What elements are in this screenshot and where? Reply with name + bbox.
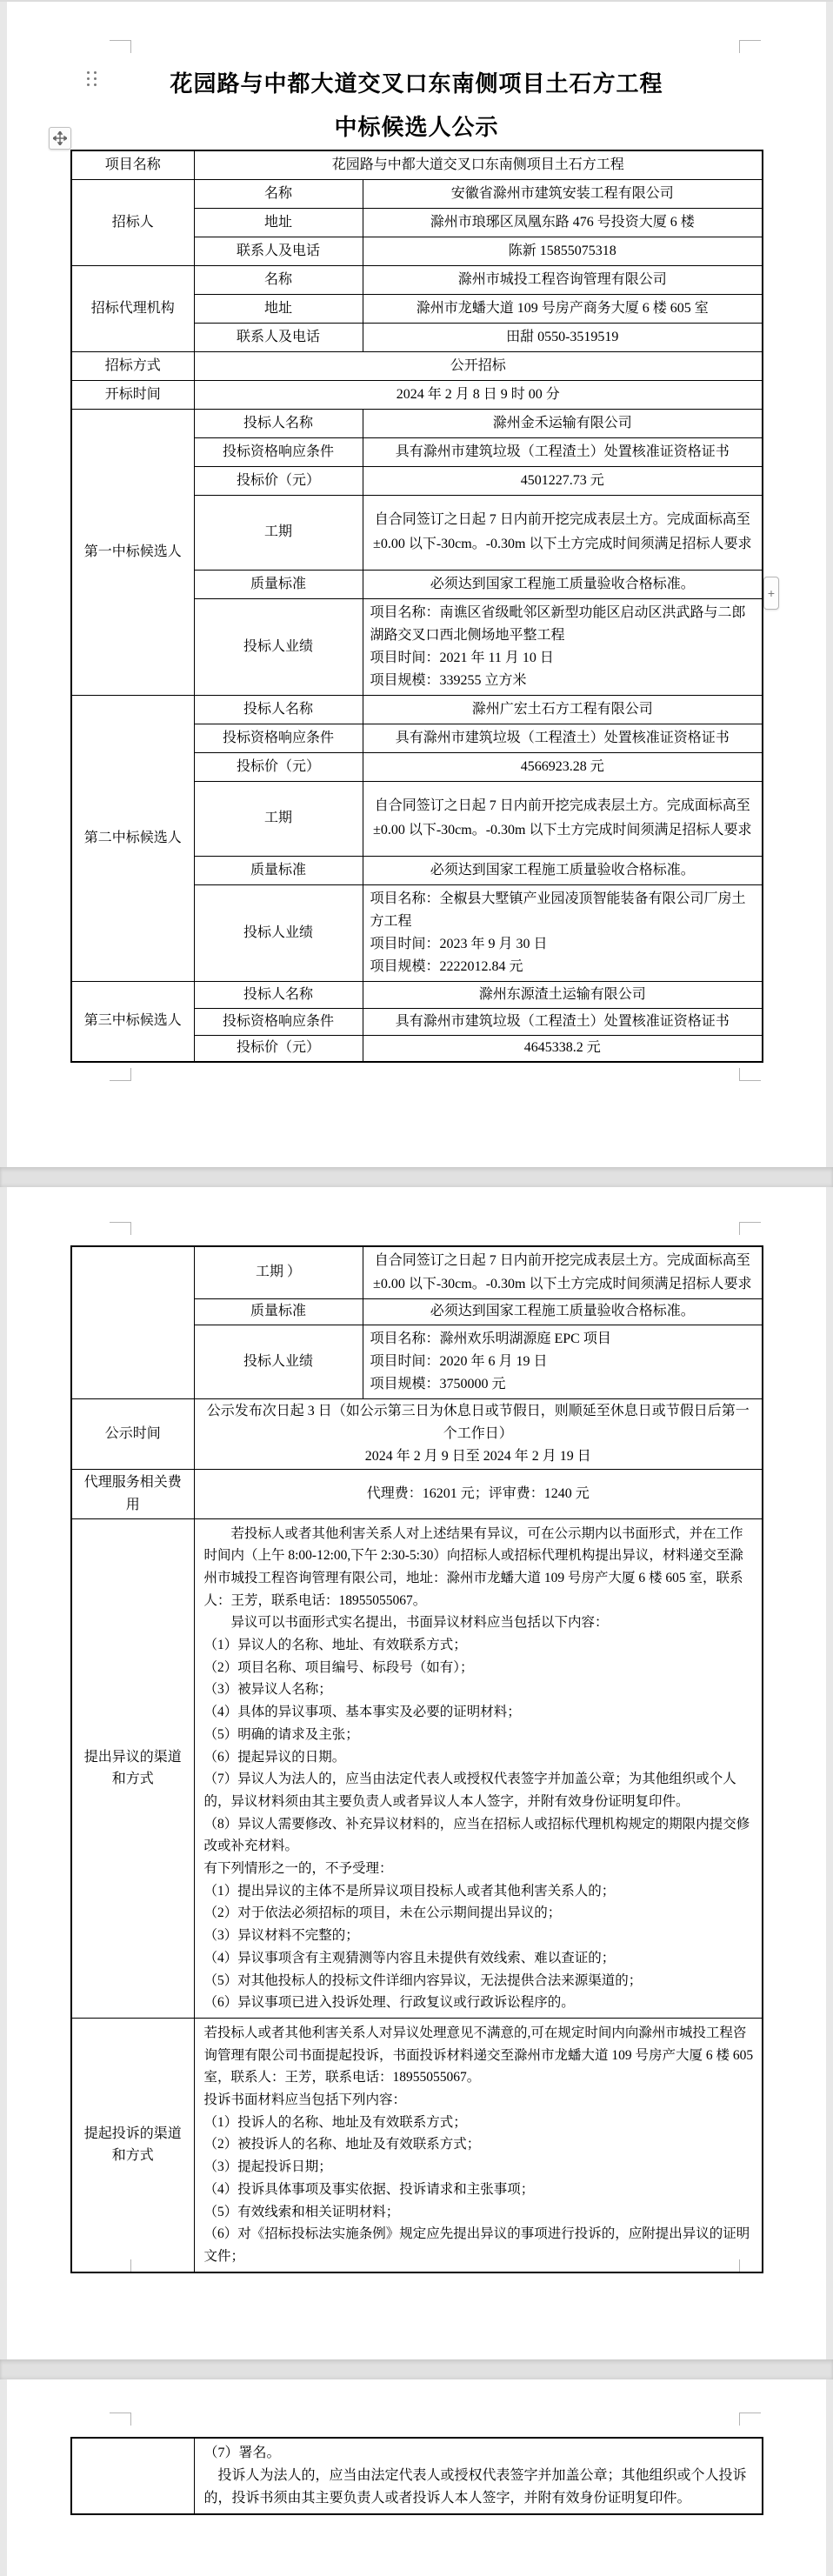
- table-row: 工期 ） 自合同签订之日起 7 日内前开挖完成表层土方。完成面标高至±0.00 …: [71, 1246, 763, 1298]
- candidate3-label: 第三中标候选人: [71, 981, 194, 1062]
- text-line: （8）异议人需要修改、补充异议材料的，应当在招标人或招标代理机构规定的期限内提交…: [204, 1813, 756, 1858]
- text-line: （3）被异议人名称；: [204, 1678, 756, 1701]
- text-line: （1）异议人的名称、地址、有效联系方式；: [204, 1634, 756, 1657]
- margin-mark-icon: [110, 40, 131, 53]
- text-line: 若投标人或者其他利害关系人对异议处理意见不满意的,可在规定时间内向滁州市城投工程…: [204, 2022, 756, 2089]
- text-line: （1）提出异议的主体不是所异议项目投标人或者其他利害关系人的；: [204, 1880, 756, 1903]
- candidate2-qualification-label: 投标资格响应条件: [194, 724, 363, 752]
- candidate1-name-value: 滁州金禾运输有限公司: [363, 409, 763, 437]
- bid-result-table-page2: 工期 ） 自合同签订之日起 7 日内前开挖完成表层土方。完成面标高至±0.00 …: [70, 1245, 763, 2273]
- tenderer-address-label: 地址: [194, 208, 363, 237]
- candidate3-performance-label: 投标人业绩: [194, 1325, 363, 1398]
- text-line: （2）对于依法必须招标的项目，未在公示期间提出异议的；: [204, 1902, 756, 1925]
- candidate2-price-label: 投标价（元）: [194, 752, 363, 781]
- text-line: （3）异议材料不完整的；: [204, 1925, 756, 1947]
- agency-contact-label: 联系人及电话: [194, 323, 363, 351]
- text-line: 项目规模：3750000 元: [370, 1373, 757, 1396]
- page-gap: [0, 2359, 833, 2379]
- margin-mark-icon: [110, 2412, 131, 2426]
- candidate1-quality-value: 必须达到国家工程施工质量验收合格标准。: [363, 570, 763, 598]
- candidate2-qualification-value: 具有滁州市建筑垃圾（工程渣土）处置核准证资格证书: [363, 724, 763, 752]
- table-row: 第三中标候选人 投标人名称 滁州东源渣土运输有限公司: [71, 981, 763, 1008]
- publicity-time-label: 公示时间: [71, 1398, 194, 1469]
- text-line: （6）异议事项已进入投诉处理、行政复议或行政诉讼程序的。: [204, 1992, 756, 2014]
- table-row: 公示时间 公示发布次日起 3 日（如公示第三日为休息日或节假日，则顺延至休息日或…: [71, 1398, 763, 1469]
- candidate3-performance-value: 项目名称：滁州欢乐明湖源庭 EPC 项目项目时间：2020 年 6 月 19 日…: [363, 1325, 763, 1398]
- bid-opening-time-value: 2024 年 2 月 8 日 9 时 00 分: [194, 380, 763, 409]
- text-line: （4）异议事项含有主观猜测等内容且未提供有效线索、难以查证的；: [204, 1947, 756, 1970]
- candidate2-duration-value: 自合同签订之日起 7 日内前开挖完成表层土方。完成面标高至±0.00 以下-30…: [363, 781, 763, 856]
- text-line: 项目时间：2020 年 6 月 19 日: [370, 1351, 757, 1373]
- text-line: 投诉书面材料应当包括下列内容：: [204, 2089, 756, 2112]
- margin-mark-icon: [110, 1222, 131, 1235]
- candidate3-quality-label: 质量标准: [194, 1298, 363, 1325]
- table-row: 代理服务相关费用 代理费：16201 元；评审费：1240 元: [71, 1469, 763, 1518]
- candidate1-performance-label: 投标人业绩: [194, 598, 363, 695]
- candidate1-qualification-value: 具有滁州市建筑垃圾（工程渣土）处置核准证资格证书: [363, 437, 763, 466]
- candidate3-price-label: 投标价（元）: [194, 1035, 363, 1062]
- bid-method-label: 招标方式: [71, 351, 194, 380]
- text-line: 项目名称：南谯区省级毗邻区新型功能区启动区洪武路与二郎湖路交叉口西北侧场地平整工…: [370, 602, 757, 647]
- text-line: （6）提起异议的日期。: [204, 1746, 756, 1769]
- table-row: 第一中标候选人 投标人名称 滁州金禾运输有限公司: [71, 409, 763, 437]
- table-row: 提出异议的渠道和方式 若投标人或者其他利害关系人对上述结果有异议，可在公示期内以…: [71, 1518, 763, 2018]
- candidate1-qualification-label: 投标资格响应条件: [194, 437, 363, 466]
- text-line: （7）署名。: [204, 2442, 756, 2465]
- margin-mark-icon: [110, 1068, 131, 1081]
- objection-channel-label: 提出异议的渠道和方式: [71, 1518, 194, 2018]
- margin-mark-icon: [739, 40, 761, 53]
- text-line: 项目规模：2222012.84 元: [370, 956, 757, 978]
- candidate2-quality-label: 质量标准: [194, 856, 363, 884]
- text-line: 2024 年 2 月 9 日至 2024 年 2 月 19 日: [203, 1445, 754, 1468]
- table-row: 开标时间 2024 年 2 月 8 日 9 时 00 分: [71, 380, 763, 409]
- table-row: 提起投诉的渠道和方式 若投标人或者其他利害关系人对异议处理意见不满意的,可在规定…: [71, 2018, 763, 2272]
- candidate2-duration-label: 工期: [194, 781, 363, 856]
- candidate1-duration-label: 工期: [194, 495, 363, 570]
- page-2: 工期 ） 自合同签订之日起 7 日内前开挖完成表层土方。完成面标高至±0.00 …: [7, 1187, 826, 2359]
- add-row-button[interactable]: +: [763, 577, 779, 610]
- tenderer-address-value: 滁州市琅琊区凤凰东路 476 号投资大厦 6 楼: [363, 208, 763, 237]
- tenderer-label: 招标人: [71, 179, 194, 265]
- table-row: 招标代理机构 名称 滁州市城投工程咨询管理有限公司: [71, 265, 763, 294]
- text-line: 有下列情形之一的，不予受理：: [204, 1858, 756, 1880]
- candidate1-duration-value: 自合同签订之日起 7 日内前开挖完成表层土方。完成面标高至±0.00 以下-30…: [363, 495, 763, 570]
- margin-mark-icon: [739, 2412, 761, 2426]
- candidate3-duration-label: 工期 ）: [194, 1246, 363, 1298]
- margin-mark-icon: [739, 1068, 761, 1081]
- complaint-channel-label: 提起投诉的渠道和方式: [71, 2018, 194, 2272]
- text-line: （5）对其他投标人的投标文件详细内容异议，无法提供合法来源渠道的；: [204, 1970, 756, 1992]
- publicity-time-value: 公示发布次日起 3 日（如公示第三日为休息日或节假日，则顺延至休息日或节假日后第…: [194, 1398, 763, 1469]
- agency-name-value: 滁州市城投工程咨询管理有限公司: [363, 265, 763, 294]
- text-line: 投诉人为法人的，应当由法定代表人或授权代表签字并加盖公章；其他组织或个人投诉的，…: [204, 2465, 756, 2510]
- project-name-value: 花园路与中都大道交叉口东南侧项目土石方工程: [194, 150, 763, 179]
- text-line: （4）投诉具体事项及事实依据、投诉请求和主张事项；: [204, 2179, 756, 2201]
- candidate3-quality-value: 必须达到国家工程施工质量验收合格标准。: [363, 1298, 763, 1325]
- bid-result-table-page3: （7）署名。 投诉人为法人的，应当由法定代表人或授权代表签字并加盖公章；其他组织…: [70, 2437, 763, 2515]
- candidate1-performance-value: 项目名称：南谯区省级毗邻区新型功能区启动区洪武路与二郎湖路交叉口西北侧场地平整工…: [363, 598, 763, 695]
- agency-address-label: 地址: [194, 294, 363, 323]
- text-line: （6）对《招标投标法实施条例》规定应先提出异议的事项进行投诉的，应附提出异议的证…: [204, 2223, 756, 2267]
- candidate1-price-value: 4501227.73 元: [363, 466, 763, 495]
- document-canvas: 花园路与中都大道交叉口东南侧项目土石方工程 中标候选人公示 项目名称 花园路与中…: [0, 0, 833, 2576]
- empty-cell: [71, 2438, 194, 2514]
- page-1: 花园路与中都大道交叉口东南侧项目土石方工程 中标候选人公示 项目名称 花园路与中…: [7, 2, 826, 1167]
- candidate2-price-value: 4566923.28 元: [363, 752, 763, 781]
- table-move-handle[interactable]: [49, 127, 71, 150]
- table-row: （7）署名。 投诉人为法人的，应当由法定代表人或授权代表签字并加盖公章；其他组织…: [71, 2438, 763, 2514]
- candidate3-name-value: 滁州东源渣土运输有限公司: [363, 981, 763, 1008]
- empty-cell: [71, 1246, 194, 1398]
- agency-fee-label: 代理服务相关费用: [71, 1469, 194, 1518]
- complaint-channel-content: 若投标人或者其他利害关系人对异议处理意见不满意的,可在规定时间内向滁州市城投工程…: [194, 2018, 763, 2272]
- table-row: 项目名称 花园路与中都大道交叉口东南侧项目土石方工程: [71, 150, 763, 179]
- move-arrows-icon: [53, 131, 67, 145]
- text-line: （1）投诉人的名称、地址及有效联系方式；: [204, 2112, 756, 2134]
- candidate3-qualification-value: 具有滁州市建筑垃圾（工程渣土）处置核准证资格证书: [363, 1008, 763, 1035]
- page-gap: [0, 1167, 833, 1187]
- agency-contact-value: 田甜 0550-3519519: [363, 323, 763, 351]
- bid-result-table-page1: 项目名称 花园路与中都大道交叉口东南侧项目土石方工程 招标人 名称 安徽省滁州市…: [70, 150, 763, 1063]
- table-row: 第二中标候选人 投标人名称 滁州广宏土石方工程有限公司: [71, 695, 763, 724]
- text-line: （7）异议人为法人的，应当由法定代表人或授权代表签字并加盖公章；为其他组织或个人…: [204, 1768, 756, 1812]
- text-line: （4）具体的异议事项、基本事实及必要的证明材料；: [204, 1701, 756, 1724]
- text-line: （5）明确的请求及主张；: [204, 1724, 756, 1746]
- candidate1-quality-label: 质量标准: [194, 570, 363, 598]
- candidate2-performance-label: 投标人业绩: [194, 884, 363, 981]
- complaint-signature-content: （7）署名。 投诉人为法人的，应当由法定代表人或授权代表签字并加盖公章；其他组织…: [194, 2438, 763, 2514]
- doc-title-line2: 中标候选人公示: [7, 110, 826, 142]
- objection-channel-content: 若投标人或者其他利害关系人对上述结果有异议，可在公示期内以书面形式，并在工作时间…: [194, 1518, 763, 2018]
- table-row: 招标人 名称 安徽省滁州市建筑安装工程有限公司: [71, 179, 763, 208]
- candidate1-name-label: 投标人名称: [194, 409, 363, 437]
- candidate2-performance-value: 项目名称：全椒县大墅镇产业园凌顶智能装备有限公司厂房土方工程项目时间：2023 …: [363, 884, 763, 981]
- text-line: 异议可以书面形式实名提出，书面异议材料应当包括以下内容：: [204, 1612, 756, 1634]
- text-line: （2）项目名称、项目编号、标段号（如有）；: [204, 1657, 756, 1679]
- candidate3-price-value: 4645338.2 元: [363, 1035, 763, 1062]
- text-line: 项目时间：2021 年 11 月 10 日: [370, 647, 757, 670]
- text-line: 项目时间：2023 年 9 月 30 日: [370, 933, 757, 956]
- doc-title-line1: 花园路与中都大道交叉口东南侧项目土石方工程: [7, 66, 826, 98]
- candidate1-label: 第一中标候选人: [71, 409, 194, 695]
- tenderer-contact-label: 联系人及电话: [194, 237, 363, 265]
- tenderer-name-label: 名称: [194, 179, 363, 208]
- bid-method-value: 公开招标: [194, 351, 763, 380]
- bid-opening-time-label: 开标时间: [71, 380, 194, 409]
- margin-mark-icon: [739, 1222, 761, 1235]
- text-line: 项目名称：滁州欢乐明湖源庭 EPC 项目: [370, 1328, 757, 1351]
- text-line: （3）提起投诉日期；: [204, 2156, 756, 2179]
- text-line: 项目名称：全椒县大墅镇产业园凌顶智能装备有限公司厂房土方工程: [370, 888, 757, 933]
- candidate2-name-label: 投标人名称: [194, 695, 363, 724]
- text-line: 公示发布次日起 3 日（如公示第三日为休息日或节假日，则顺延至休息日或节假日后第…: [203, 1400, 754, 1445]
- candidate2-name-value: 滁州广宏土石方工程有限公司: [363, 695, 763, 724]
- page-3: （7）署名。 投诉人为法人的，应当由法定代表人或授权代表签字并加盖公章；其他组织…: [7, 2379, 826, 2576]
- agency-name-label: 名称: [194, 265, 363, 294]
- candidate2-quality-value: 必须达到国家工程施工质量验收合格标准。: [363, 856, 763, 884]
- candidate3-duration-value: 自合同签订之日起 7 日内前开挖完成表层土方。完成面标高至±0.00 以下-30…: [363, 1246, 763, 1298]
- text-line: 若投标人或者其他利害关系人对上述结果有异议，可在公示期内以书面形式，并在工作时间…: [204, 1523, 756, 1612]
- candidate2-label: 第二中标候选人: [71, 695, 194, 981]
- tenderer-name-value: 安徽省滁州市建筑安装工程有限公司: [363, 179, 763, 208]
- candidate1-price-label: 投标价（元）: [194, 466, 363, 495]
- candidate3-qualification-label: 投标资格响应条件: [194, 1008, 363, 1035]
- text-line: 项目规模：339255 立方米: [370, 670, 757, 692]
- candidate3-name-label: 投标人名称: [194, 981, 363, 1008]
- project-name-label: 项目名称: [71, 150, 194, 179]
- table-row: 招标方式 公开招标: [71, 351, 763, 380]
- agency-label: 招标代理机构: [71, 265, 194, 351]
- text-line: （2）被投诉人的名称、地址及有效联系方式；: [204, 2133, 756, 2156]
- agency-address-value: 滁州市龙蟠大道 109 号房产商务大厦 6 楼 605 室: [363, 294, 763, 323]
- agency-fee-value: 代理费：16201 元；评审费：1240 元: [194, 1469, 763, 1518]
- text-line: （5）有效线索和相关证明材料；: [204, 2201, 756, 2224]
- tenderer-contact-value: 陈新 15855075318: [363, 237, 763, 265]
